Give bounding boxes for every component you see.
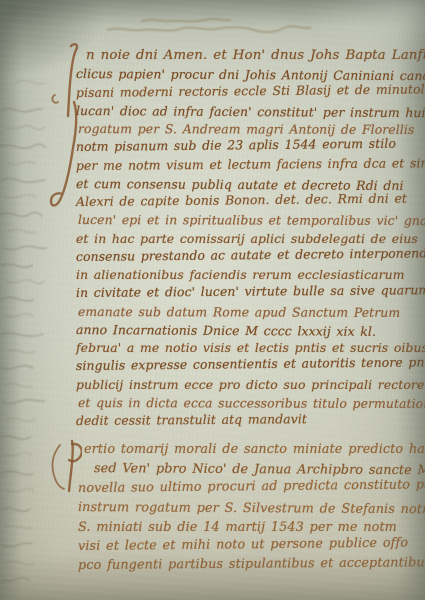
manuscript-photo: n noie dni Amen. et Hon' dnus Johs Bapta… — [0, 0, 425, 600]
page-vignette — [0, 0, 425, 600]
